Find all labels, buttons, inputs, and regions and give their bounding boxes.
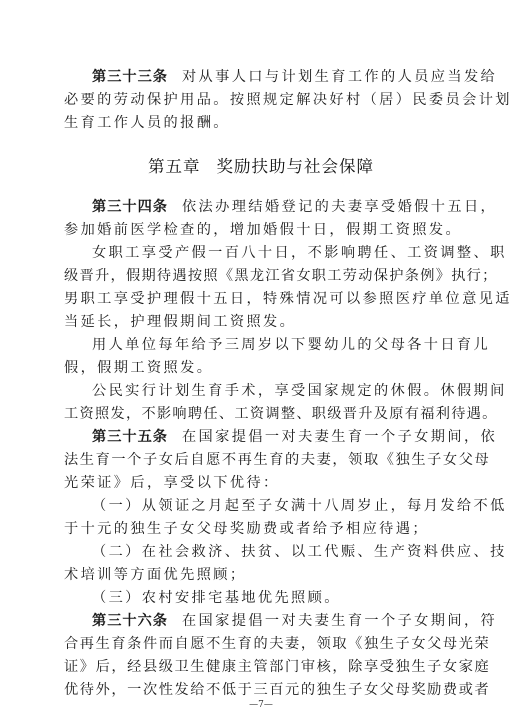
- article-34-line-6: 当延长，护理假期间工资照发。: [64, 311, 456, 334]
- article-33-line-2: 必要的劳动保护用品。按照规定解决好村（居）民委员会计划: [64, 89, 456, 112]
- article-35-item-1-line-2: 于十元的独生子女父母奖励费或者给予相应待遇；: [64, 518, 456, 541]
- article-34-line-4: 级晋升，假期待遇按照《黑龙江省女职工劳动保护条例》执行；: [64, 265, 456, 288]
- article-34-line-1: 第三十四条依法办理结婚登记的夫妻享受婚假十五日，: [92, 196, 456, 219]
- article-34-line-2: 参加婚前医学检查的，增加婚假十日，假期工资照发。: [64, 219, 456, 242]
- article-34-line-10: 工资照发，不影响聘任、工资调整、职级晋升及原有福利待遇。: [64, 403, 456, 426]
- article-35-item-2-line-2: 术培训等方面优先照顾；: [64, 564, 456, 587]
- article-36-line-2: 合再生育条件而自愿不生育的夫妻，领取《独生子女父母光荣: [64, 633, 456, 656]
- article-35-line-1: 第三十五条在国家提倡一对夫妻生育一个子女期间，依: [92, 426, 456, 449]
- article-35-item-1-line-1: （一）从领证之月起至子女满十八周岁止，每月发给不低: [92, 495, 456, 518]
- article-34-line-3: 女职工享受产假一百八十日，不影响聘任、工资调整、职: [92, 242, 456, 265]
- chapter-number: 第五章: [148, 157, 201, 176]
- article-36-line-4: 优待外，一次性发给不低于三百元的独生子女父母奖励费或者: [64, 679, 456, 702]
- article-35-heading: 第三十五条: [92, 429, 168, 445]
- article-34-line-7: 用人单位每年给予三周岁以下婴幼儿的父母各十日育儿: [92, 334, 456, 357]
- article-35-item-3: （三）农村安排宅基地优先照顾。: [92, 587, 456, 610]
- article-36-heading: 第三十六条: [92, 613, 168, 629]
- article-34-heading: 第三十四条: [92, 199, 168, 215]
- article-34-line-9: 公民实行计划生育手术，享受国家规定的休假。休假期间: [92, 380, 456, 403]
- article-36-line-3: 证》后，经县级卫生健康主管部门审核，除享受独生子女家庭: [64, 656, 456, 679]
- article-34-line-5: 男职工享受护理假十五日，特殊情况可以参照医疗单位意见适: [64, 288, 456, 311]
- article-33-line-1: 第三十三条对从事人口与计划生育工作的人员应当发给: [92, 66, 456, 89]
- document-page: 第三十三条对从事人口与计划生育工作的人员应当发给 必要的劳动保护用品。按照规定解…: [0, 0, 522, 718]
- page-number: —7—: [0, 700, 522, 710]
- chapter-name: 奖励扶助与社会保障: [217, 157, 375, 176]
- article-35-line-2: 法生育一个子女后自愿不再生育的夫妻，领取《独生子女父母: [64, 449, 456, 472]
- article-36-line-1: 第三十六条在国家提倡一对夫妻生育一个子女期间，符: [92, 610, 456, 633]
- article-35-line-3: 光荣证》后，享受以下优待：: [64, 472, 456, 495]
- article-33-line-3: 生育工作人员的报酬。: [64, 112, 456, 135]
- article-34-line-8: 假，假期工资照发。: [64, 357, 456, 380]
- chapter-title: 第五章奖励扶助与社会保障: [0, 154, 522, 180]
- article-33-heading: 第三十三条: [92, 69, 168, 85]
- article-35-item-2-line-1: （二）在社会救济、扶贫、以工代赈、生产资料供应、技: [92, 541, 456, 564]
